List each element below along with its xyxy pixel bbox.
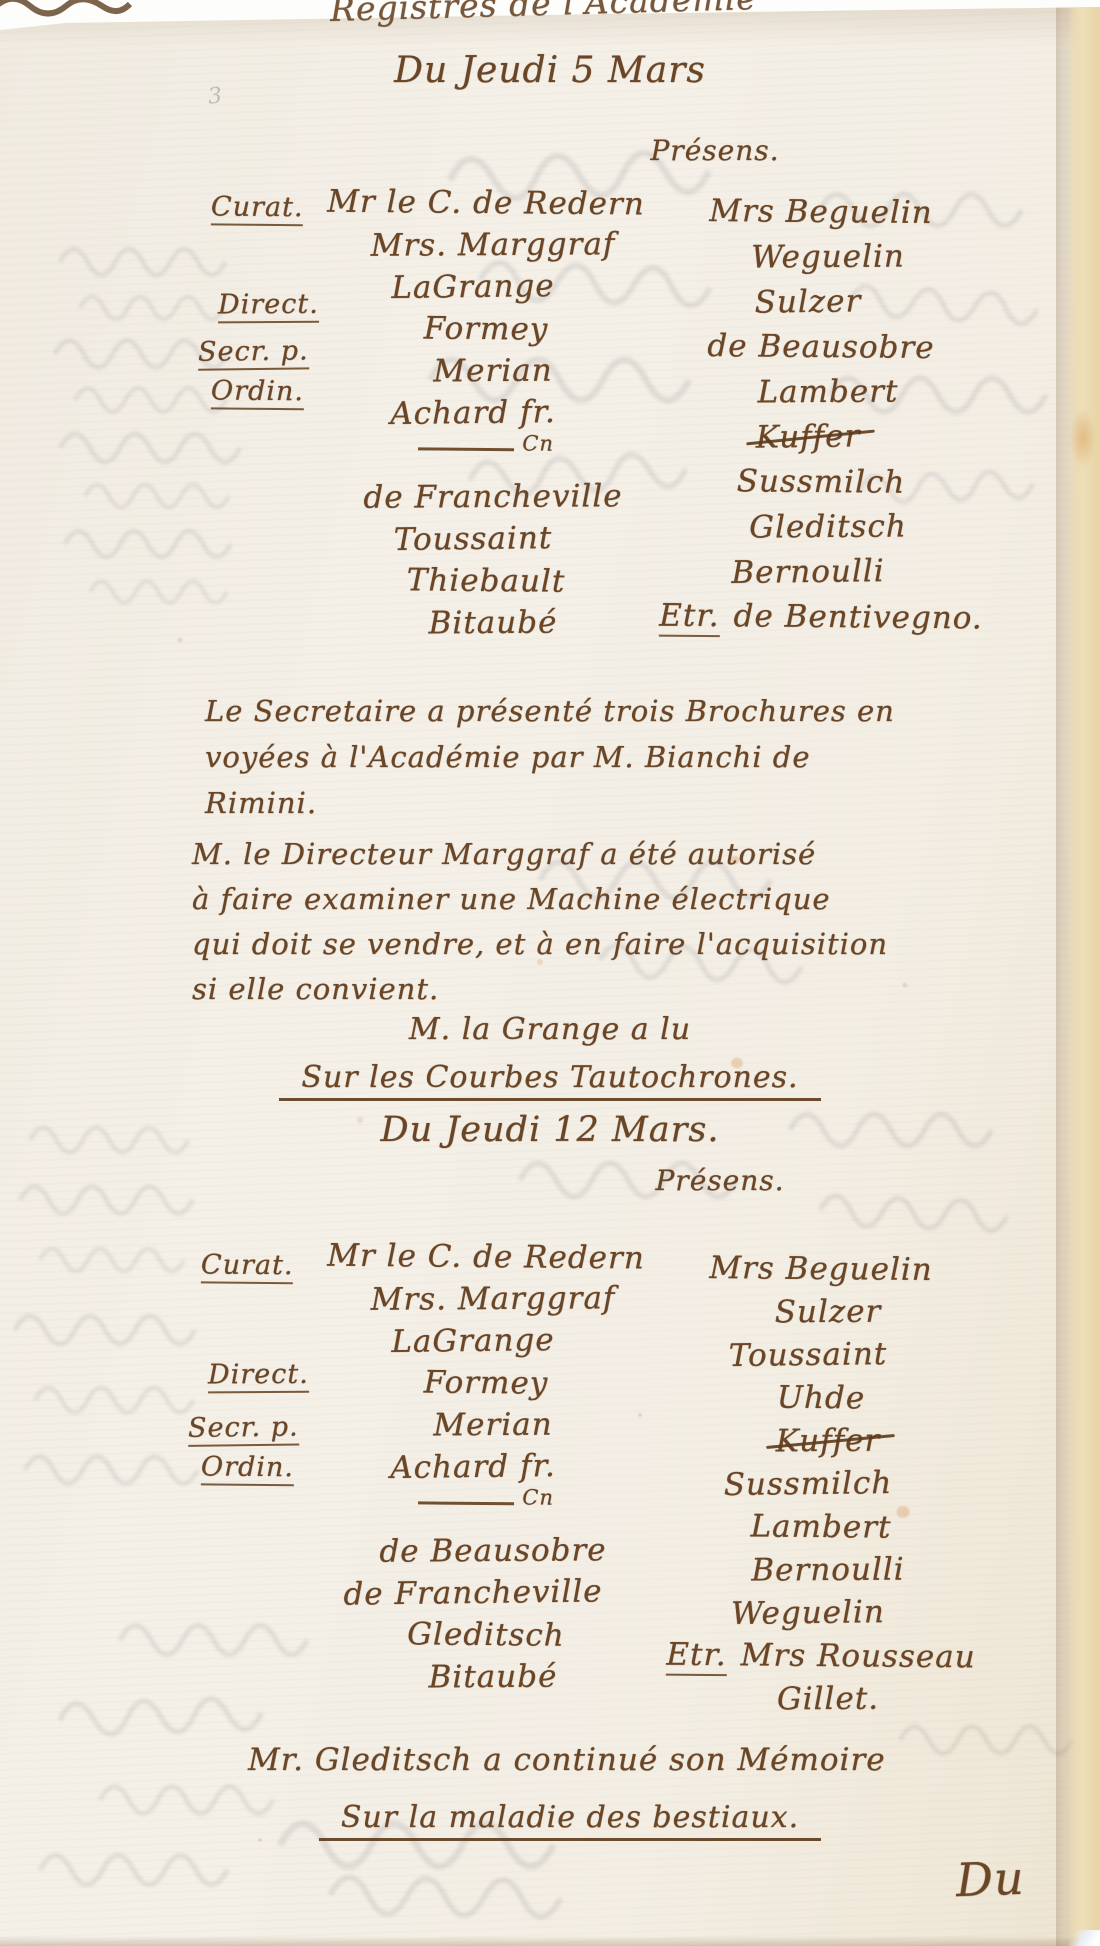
paragraph-line: à faire examiner une Machine électrique (192, 877, 1032, 922)
paragraph-line: qui doit se vendre, et à en faire l'acqu… (192, 922, 1032, 967)
session1-attendees-right: Mrs BeguelinWeguelinSulzerde BeausobreLa… (630, 190, 1000, 640)
catchword: Du (956, 1851, 1026, 1907)
attendee-name: Etr.de Bentivegno. (636, 593, 1006, 641)
attendee-name: Formey (301, 306, 671, 351)
attendee-name: Toussaint (608, 1332, 1008, 1380)
session1-minute-paragraph-2: M. le Directeur Marggraf a été autoriséà… (192, 832, 1032, 1012)
attendee-name: Lambert (621, 1504, 1021, 1550)
attendee-name: Achard fr. (288, 1444, 658, 1491)
manuscript-page: 3 Du Jeudi 5 Mars Présens. Curat.Direct.… (0, 0, 1100, 1946)
attendee-name: Lambert (643, 369, 1013, 416)
attendee-name: de Francheville (308, 475, 678, 519)
attendee-name: Uhde (621, 1375, 1021, 1421)
attendee-name: Weguelin (643, 234, 1013, 281)
session1-presens-label: Présens. (315, 134, 1100, 167)
session2-reading-intro: Mr. Gleditsch a continué son Mémoire (248, 1742, 1088, 1778)
session2-attendees-right: Mrs BeguelinSulzerToussaintUhdeKufferSus… (615, 1248, 1015, 1721)
paragraph-line: Le Secretaire a présenté trois Brochures… (205, 688, 1005, 734)
session1-reading-intro: M. la Grange a lu (150, 1012, 950, 1047)
paragraph-line: si elle convient. (192, 967, 1032, 1012)
paragraph-line: Rimini. (205, 780, 1005, 826)
attendee-name: LaGrange (288, 264, 658, 311)
attendee-name: Gleditsch (643, 504, 1013, 551)
attendee-name: Kuffer (628, 1419, 1028, 1464)
attendee-name: Sulzer (623, 278, 994, 328)
attendee-name: Mrs. Marggraf (308, 223, 678, 267)
session2-presens-label: Présens. (320, 1164, 1100, 1197)
attendee-name: Thiebault (301, 558, 671, 603)
page-edge (1056, 0, 1100, 1946)
attendee-name: Gillet. (628, 1677, 1028, 1722)
scan-corner (1048, 1930, 1100, 1946)
paragraph-line: voyées à l'Académie par M. Bianchi de (205, 734, 1005, 780)
attendee-name: Merian (308, 349, 678, 393)
memoir-title-text: Sur les Courbes Tautochrones. (279, 1060, 820, 1101)
session2-reading-title: Sur la maladie des bestiaux. (250, 1800, 890, 1835)
attendee-name: Bernoulli (623, 548, 994, 598)
session1-date-heading: Du Jeudi 5 Mars (150, 50, 950, 91)
attendee-name: Cn (301, 432, 671, 477)
session1-attendees-main: Mr le C. de RedernMrs. MarggrafLaGrangeF… (295, 182, 665, 644)
attendee-name: Weguelin (608, 1590, 1008, 1638)
header-ink-fragment (0, 0, 132, 18)
paragraph-line: M. le Directeur Marggraf a été autorisé (192, 832, 1032, 877)
session1-minute-paragraph-1: Le Secretaire a présenté trois Brochures… (205, 688, 1005, 826)
page-bottom-edge (0, 1936, 1100, 1946)
attendee-name: Sulzer (628, 1290, 1028, 1335)
attendee-name: Sussmilch (636, 458, 1006, 506)
memoir-title-text: Sur la maladie des bestiaux. (319, 1800, 821, 1841)
attendee-name: Toussaint (288, 516, 658, 563)
attendee-name: Kuffer (623, 413, 994, 463)
attendee-name: Etr.Mrs Rousseau (621, 1633, 1021, 1679)
attendee-name: de Francheville (288, 1570, 658, 1617)
attendee-name: LaGrange (288, 1318, 658, 1365)
attendee-name: Sussmilch (608, 1461, 1008, 1509)
attendee-name: Mr le C. de Redern (301, 180, 671, 225)
session1-reading-title: Sur les Courbes Tautochrones. (150, 1060, 950, 1095)
attendee-name: de Beausobre (636, 323, 1006, 371)
attendee-name: Bitaubé (308, 601, 678, 645)
attendee-name: Achard fr. (288, 390, 658, 437)
session2-date-heading: Du Jeudi 12 Mars. (150, 1110, 950, 1150)
attendee-name: Mrs Beguelin (636, 188, 1006, 236)
attendee-name: Bernoulli (628, 1548, 1028, 1593)
edge-stain (1070, 408, 1096, 468)
attendee-name: Mrs Beguelin (621, 1246, 1021, 1292)
